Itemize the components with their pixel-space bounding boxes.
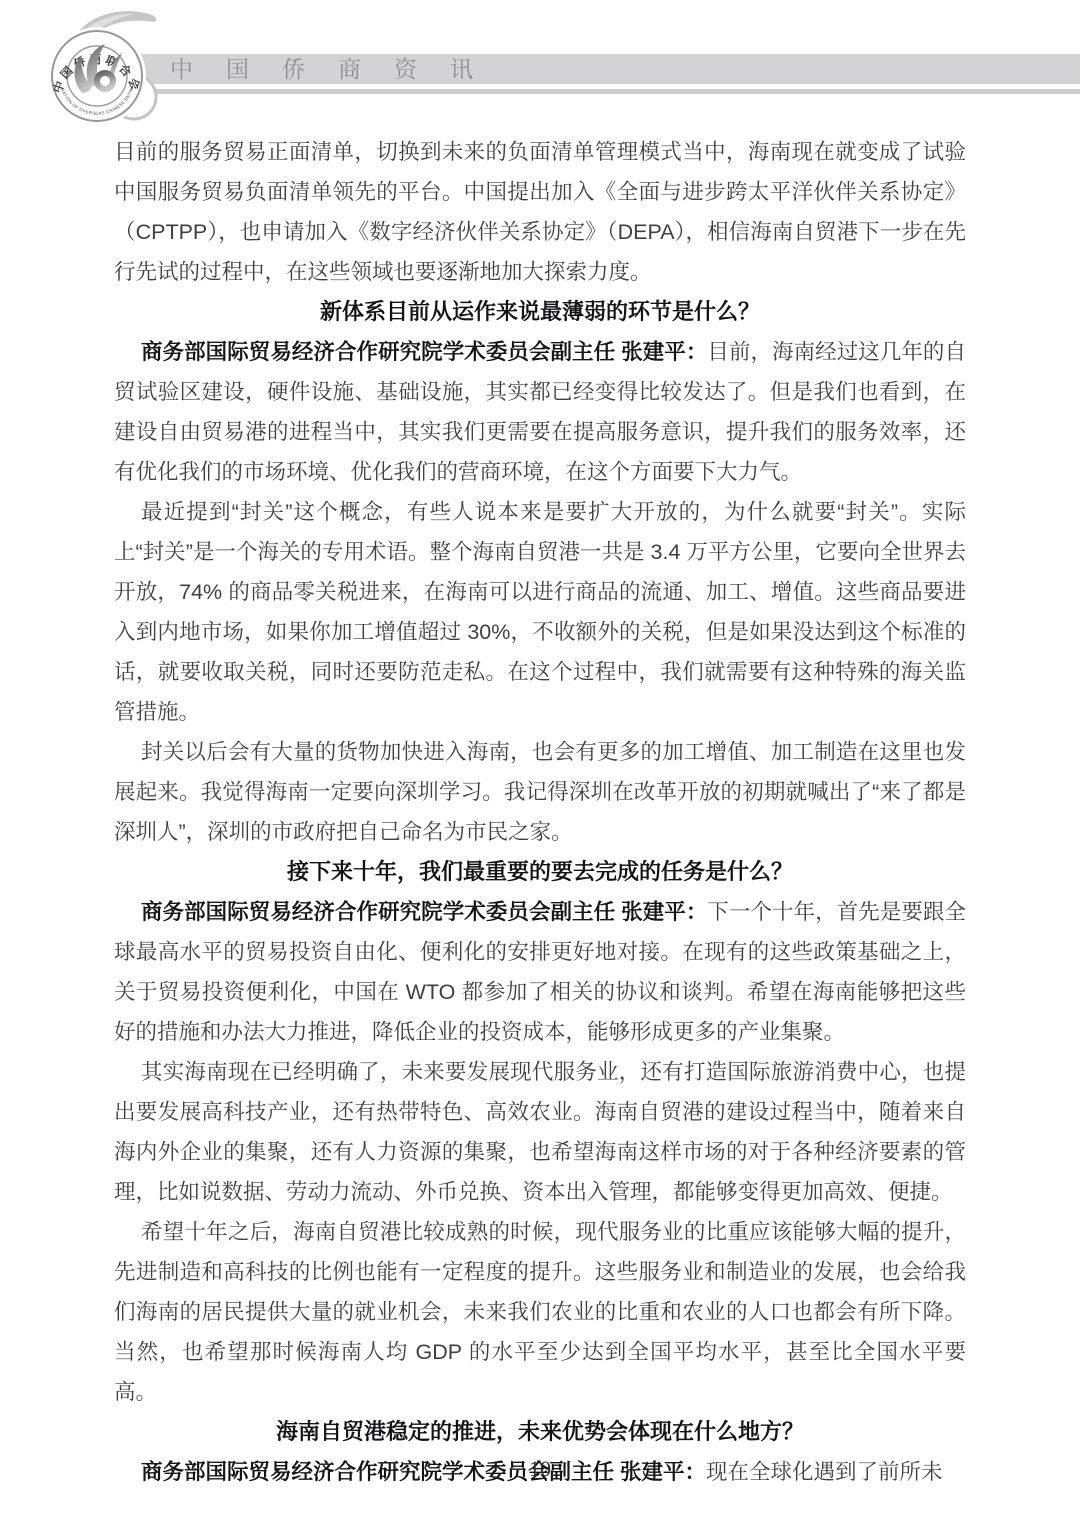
paragraph-text: 封关以后会有大量的货物加快进入海南，也会有更多的加工增值、加工制造在这里也发展起… [114, 740, 966, 844]
section-heading: 海南自贸港稳定的推进，未来优势会体现在什么地方？ [114, 1412, 966, 1452]
paragraph-text: 最近提到“封关”这个概念，有些人说本来是要扩大开放的，为什么就要“封关”。实际上… [114, 500, 966, 724]
article-paragraph: 封关以后会有大量的货物加快进入海南，也会有更多的加工增值、加工制造在这里也发展起… [114, 732, 966, 852]
paragraph-text: 其实海南现在已经明确了，未来要发展现代服务业，还有打造国际旅游消费中心，也提出要… [114, 1060, 966, 1204]
speaker-lead: 商务部国际贸易经济合作研究院学术委员会副主任 张建平： [141, 900, 707, 924]
section-heading: 接下来十年，我们最重要的要去完成的任务是什么？ [114, 852, 966, 892]
section-heading: 新体系目前从运作来说最薄弱的环节是什么？ [114, 292, 966, 332]
article-paragraph: 商务部国际贸易经济合作研究院学术委员会副主任 张建平：下一个十年，首先是要跟全球… [114, 892, 966, 1052]
paragraph-text: 希望十年之后，海南自贸港比较成熟的时候，现代服务业的比重应该能够大幅的提升，先进… [114, 1220, 966, 1404]
speaker-lead: 商务部国际贸易经济合作研究院学术委员会副主任 张建平： [141, 340, 707, 364]
article-paragraph: 目前的服务贸易正面清单，切换到未来的负面清单管理模式当中，海南现在就变成了试验中… [114, 132, 966, 292]
article-paragraph: 最近提到“封关”这个概念，有些人说本来是要扩大开放的，为什么就要“封关”。实际上… [114, 492, 966, 732]
seal-emblem-icon: 中国侨商联合会 CHINA FEDERATION OF OVERSEAS CHI… [30, 5, 146, 125]
association-seal-logo-icon: 中国侨商联合会 CHINA FEDERATION OF OVERSEAS CHI… [30, 5, 200, 140]
page-number: 10 [0, 1456, 1080, 1482]
article-paragraph: 希望十年之后，海南自贸港比较成熟的时候，现代服务业的比重应该能够大幅的提升，先进… [114, 1212, 966, 1412]
article-paragraph: 商务部国际贸易经济合作研究院学术委员会副主任 张建平：目前，海南经过这几年的自贸… [114, 332, 966, 492]
article-body: 目前的服务贸易正面清单，切换到未来的负面清单管理模式当中，海南现在就变成了试验中… [114, 132, 966, 1492]
paragraph-text: 目前的服务贸易正面清单，切换到未来的负面清单管理模式当中，海南现在就变成了试验中… [114, 140, 966, 284]
header-banner-bar: 中国侨商资讯 [118, 54, 1080, 84]
header-divider-line [140, 89, 1080, 94]
article-paragraph: 其实海南现在已经明确了，未来要发展现代服务业，还有打造国际旅游消费中心，也提出要… [114, 1052, 966, 1212]
document-page: 中国侨商资讯 [0, 0, 1080, 1525]
banner-title: 中国侨商资讯 [170, 54, 506, 84]
